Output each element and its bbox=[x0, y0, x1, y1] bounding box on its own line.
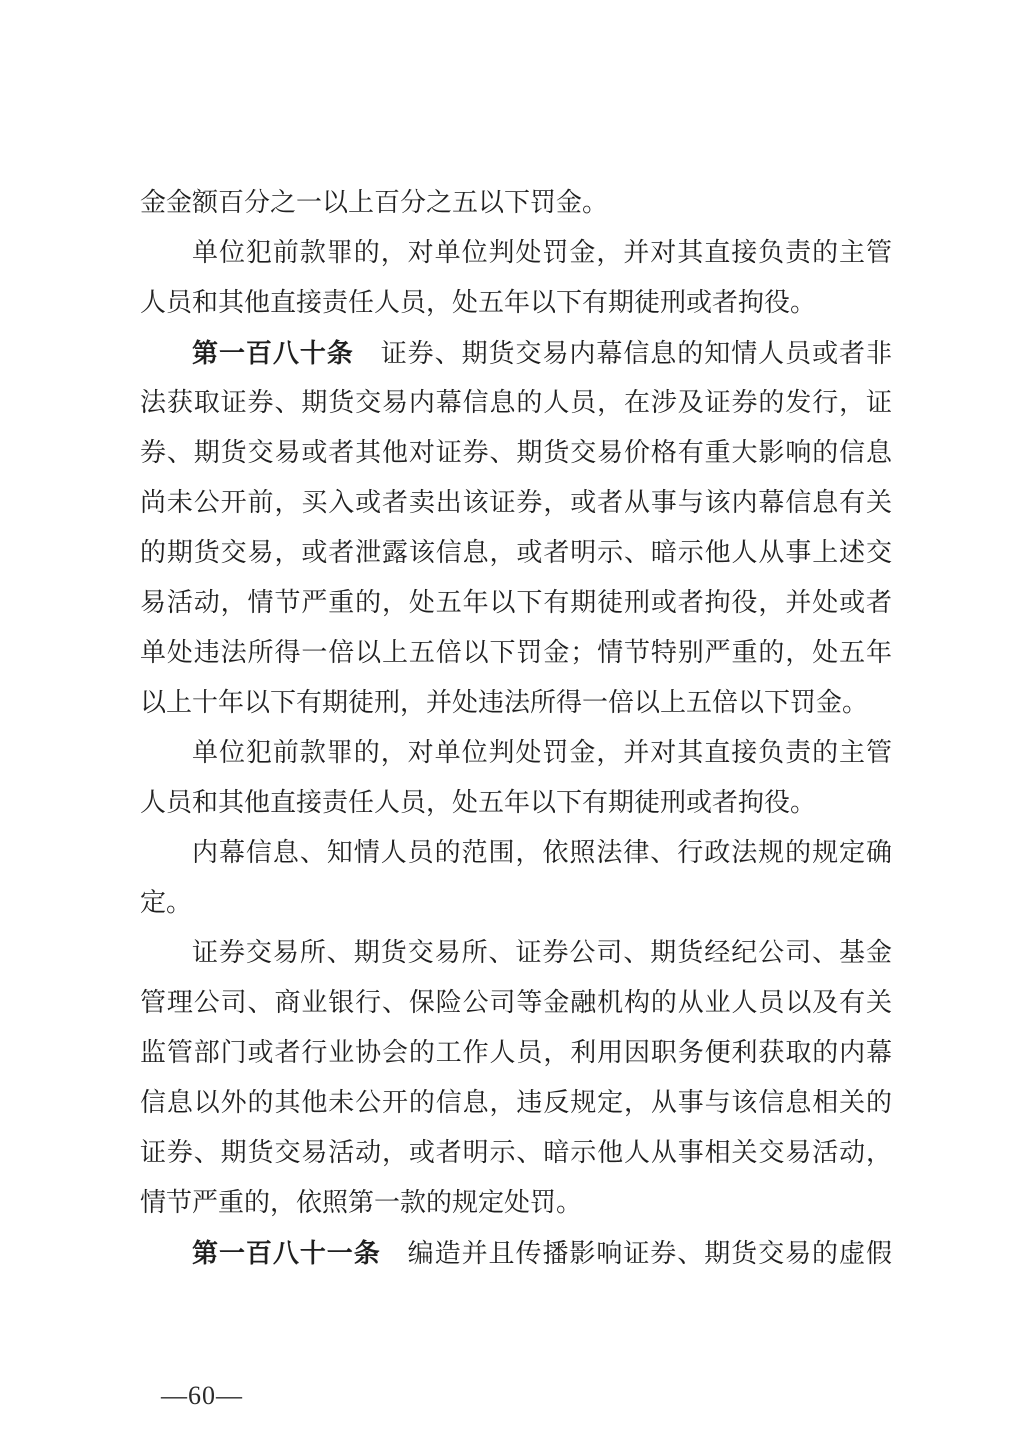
line-text: 信息以外的其他未公开的信息，违反规定，从事与该信息相关的 bbox=[140, 1088, 892, 1117]
line-text: 编造并且传播影响证券、期货交易的虚假 bbox=[381, 1239, 892, 1268]
text-line: 人员和其他直接责任人员，处五年以下有期徒刑或者拘役。 bbox=[140, 778, 892, 828]
line-text: 证券、期货交易活动，或者明示、暗示他人从事相关交易活动， bbox=[140, 1138, 892, 1167]
line-text: 金金额百分之一以上百分之五以下罚金。 bbox=[140, 188, 608, 217]
article-number: 第一百八十一条 bbox=[192, 1238, 381, 1268]
line-text: 易活动，情节严重的，处五年以下有期徒刑或者拘役，并处或者 bbox=[140, 588, 892, 617]
article-number: 第一百八十条 bbox=[192, 338, 354, 368]
line-text: 证券交易所、期货交易所、证券公司、期货经纪公司、基金 bbox=[192, 938, 892, 967]
line-text: 人员和其他直接责任人员，处五年以下有期徒刑或者拘役。 bbox=[140, 288, 816, 317]
text-line: 人员和其他直接责任人员，处五年以下有期徒刑或者拘役。 bbox=[140, 278, 892, 328]
text-line: 信息以外的其他未公开的信息，违反规定，从事与该信息相关的 bbox=[140, 1078, 892, 1128]
line-text: 人员和其他直接责任人员，处五年以下有期徒刑或者拘役。 bbox=[140, 788, 816, 817]
article-line: 第一百八十一条 编造并且传播影响证券、期货交易的虚假 bbox=[140, 1228, 892, 1278]
page-number: —60— bbox=[161, 1379, 243, 1413]
line-text: 单处违法所得一倍以上五倍以下罚金；情节特别严重的，处五年 bbox=[140, 638, 892, 667]
text-line: 证券交易所、期货交易所、证券公司、期货经纪公司、基金 bbox=[140, 928, 892, 978]
line-text: 管理公司、商业银行、保险公司等金融机构的从业人员以及有关 bbox=[140, 988, 892, 1017]
line-text: 定。 bbox=[140, 888, 192, 917]
line-text: 法获取证券、期货交易内幕信息的人员，在涉及证券的发行，证 bbox=[140, 388, 892, 417]
line-text: 单位犯前款罪的，对单位判处罚金，并对其直接负责的主管 bbox=[192, 738, 892, 767]
text-line: 金金额百分之一以上百分之五以下罚金。 bbox=[140, 178, 892, 228]
text-line: 管理公司、商业银行、保险公司等金融机构的从业人员以及有关 bbox=[140, 978, 892, 1028]
text-line: 的期货交易，或者泄露该信息，或者明示、暗示他人从事上述交 bbox=[140, 528, 892, 578]
text-block: 金金额百分之一以上百分之五以下罚金。单位犯前款罪的，对单位判处罚金，并对其直接负… bbox=[140, 178, 892, 1278]
text-line: 单位犯前款罪的，对单位判处罚金，并对其直接负责的主管 bbox=[140, 728, 892, 778]
text-line: 法获取证券、期货交易内幕信息的人员，在涉及证券的发行，证 bbox=[140, 378, 892, 428]
line-text: 以上十年以下有期徒刑，并处违法所得一倍以上五倍以下罚金。 bbox=[140, 688, 868, 717]
text-line: 尚未公开前，买入或者卖出该证券，或者从事与该内幕信息有关 bbox=[140, 478, 892, 528]
text-line: 单处违法所得一倍以上五倍以下罚金；情节特别严重的，处五年 bbox=[140, 628, 892, 678]
document-page: 金金额百分之一以上百分之五以下罚金。单位犯前款罪的，对单位判处罚金，并对其直接负… bbox=[0, 0, 1024, 1448]
line-text: 的期货交易，或者泄露该信息，或者明示、暗示他人从事上述交 bbox=[140, 538, 892, 567]
line-text: 监管部门或者行业协会的工作人员，利用因职务便利获取的内幕 bbox=[140, 1038, 892, 1067]
text-line: 以上十年以下有期徒刑，并处违法所得一倍以上五倍以下罚金。 bbox=[140, 678, 892, 728]
line-text: 尚未公开前，买入或者卖出该证券，或者从事与该内幕信息有关 bbox=[140, 488, 892, 517]
line-text: 单位犯前款罪的，对单位判处罚金，并对其直接负责的主管 bbox=[192, 238, 892, 267]
text-line: 内幕信息、知情人员的范围，依照法律、行政法规的规定确 bbox=[140, 828, 892, 878]
line-text: 内幕信息、知情人员的范围，依照法律、行政法规的规定确 bbox=[192, 838, 892, 867]
text-line: 证券、期货交易活动，或者明示、暗示他人从事相关交易活动， bbox=[140, 1128, 892, 1178]
text-line: 单位犯前款罪的，对单位判处罚金，并对其直接负责的主管 bbox=[140, 228, 892, 278]
line-text: 证券、期货交易内幕信息的知情人员或者非 bbox=[354, 339, 892, 368]
text-line: 定。 bbox=[140, 878, 892, 928]
text-line: 券、期货交易或者其他对证券、期货交易价格有重大影响的信息 bbox=[140, 428, 892, 478]
line-text: 情节严重的，依照第一款的规定处罚。 bbox=[140, 1188, 582, 1217]
text-line: 情节严重的，依照第一款的规定处罚。 bbox=[140, 1178, 892, 1228]
text-line: 易活动，情节严重的，处五年以下有期徒刑或者拘役，并处或者 bbox=[140, 578, 892, 628]
text-line: 监管部门或者行业协会的工作人员，利用因职务便利获取的内幕 bbox=[140, 1028, 892, 1078]
line-text: 券、期货交易或者其他对证券、期货交易价格有重大影响的信息 bbox=[140, 438, 892, 467]
article-line: 第一百八十条 证券、期货交易内幕信息的知情人员或者非 bbox=[140, 328, 892, 378]
